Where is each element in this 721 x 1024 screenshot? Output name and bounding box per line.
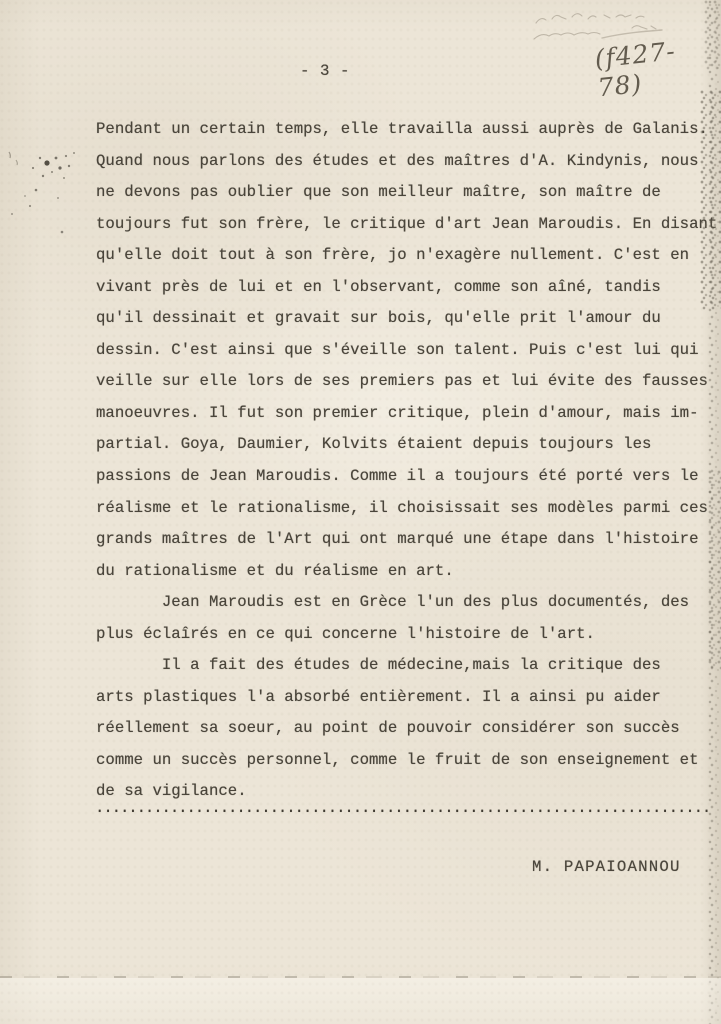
dotted-separator-line: ........................................…	[95, 793, 710, 825]
typed-line: toujours fut son frère, le critique d'ar…	[96, 209, 721, 241]
page-number: - 3 -	[300, 62, 350, 80]
typed-line: qu'il dessinait et gravait sur bois, qu'…	[96, 303, 721, 335]
typed-line: réellement sa soeur, au point de pouvoir…	[96, 713, 721, 745]
typed-line: ne devons pas oublier que son meilleur m…	[96, 177, 721, 209]
typed-line: Il a fait des études de médecine,mais la…	[96, 650, 721, 682]
typed-line: veille sur elle lors de ses premiers pas…	[96, 366, 721, 398]
typed-line: manoeuvres. Il fut son premier critique,…	[96, 398, 721, 430]
typed-line: dessin. C'est ainsi que s'éveille son ta…	[96, 335, 721, 367]
scanned-document-page: - 3 - (f427-78) Pendant un certain temps…	[0, 0, 721, 1024]
typed-line: comme un succès personnel, comme le frui…	[96, 745, 721, 777]
typed-line: plus éclaîrés en ce qui concerne l'histo…	[96, 619, 721, 651]
paper-bottom-edge	[0, 978, 721, 1024]
edge-noise-patch	[708, 470, 721, 670]
typed-body-text: Pendant un certain temps, elle travailla…	[96, 114, 721, 808]
typed-line: Pendant un certain temps, elle travailla…	[96, 114, 721, 146]
typed-line: Jean Maroudis est en Grèce l'un des plus…	[96, 587, 721, 619]
typed-line: partial. Goya, Daumier, Kolvits étaient …	[96, 429, 721, 461]
edge-noise-patch	[704, 0, 721, 70]
typed-line: Quand nous parlons des études et des maî…	[96, 146, 721, 178]
ink-splatter	[0, 140, 120, 260]
typed-line: qu'elle doit tout à son frère, jo n'exag…	[96, 240, 721, 272]
edge-noise-patch	[700, 90, 721, 310]
typed-line: réalisme et le rationalisme, il choisiss…	[96, 493, 721, 525]
typed-line: grands maîtres de l'Art qui ont marqué u…	[96, 524, 721, 556]
typed-line: vivant près de lui et en l'observant, co…	[96, 272, 721, 304]
typed-line: du rationalisme et du réalisme en art.	[96, 556, 721, 588]
typed-line: passions de Jean Maroudis. Comme il a to…	[96, 461, 721, 493]
author-signature: M. PAPAIOANNOU	[532, 852, 681, 884]
typed-line: arts plastiques l'a absorbé entièrement.…	[96, 682, 721, 714]
